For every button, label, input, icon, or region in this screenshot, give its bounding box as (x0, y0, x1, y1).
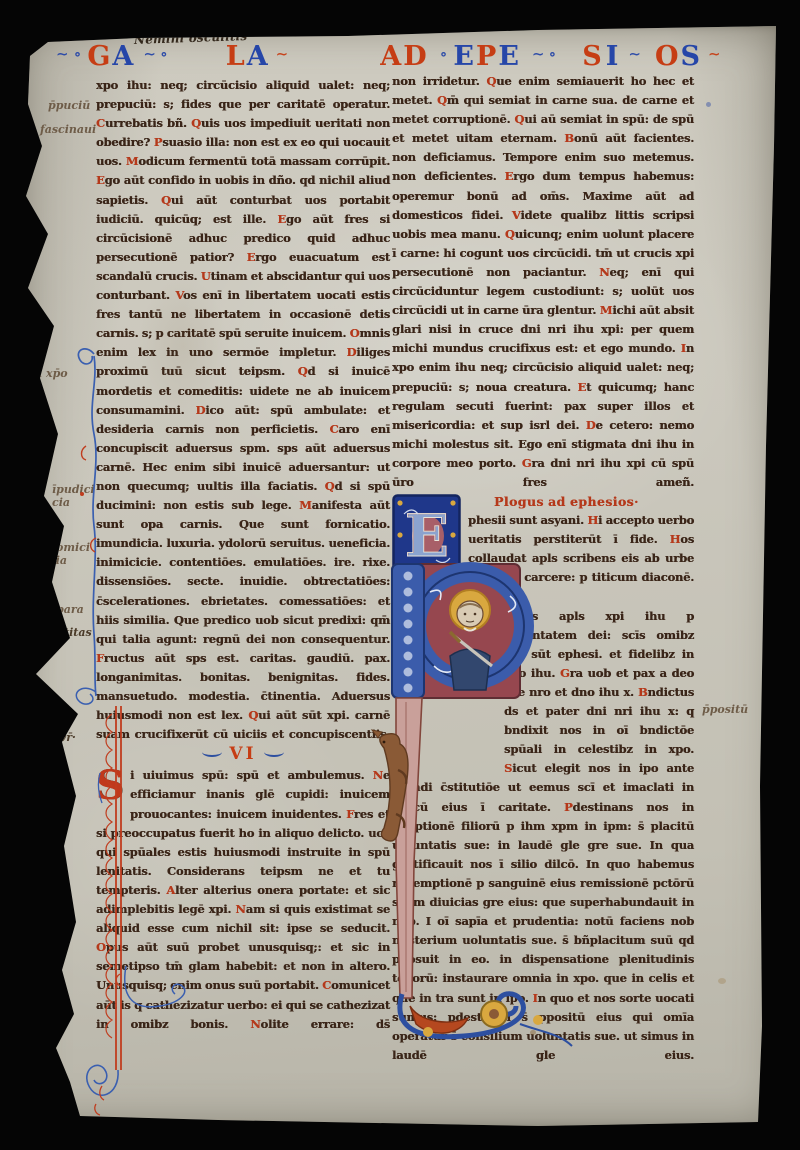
red-initial-or-rubric: Q (437, 93, 447, 107)
red-initial-or-rubric: Q (191, 116, 201, 130)
red-initial-or-rubric: D (586, 418, 596, 432)
red-initial-or-rubric: F (346, 807, 354, 821)
red-initial-or-rubric: N (250, 1017, 260, 1031)
header-letter: A (112, 42, 133, 72)
header-flourish: ∘ (548, 39, 556, 69)
penwork-initial-s: S (96, 767, 126, 807)
running-header: ∼∘GA∼∘LA∼AD∘EPE∼∘SI∼OS∼ (56, 42, 762, 75)
red-initial-or-rubric: O (350, 326, 360, 340)
margin-note: castitas (44, 627, 92, 640)
red-initial-or-rubric: C (322, 978, 331, 992)
red-initial-or-rubric: O (96, 940, 106, 954)
text-segment: i uiuimus spū: spū et ambulemus. (130, 768, 373, 782)
header-flourish: ∘ (440, 39, 448, 69)
text-segment: odicum fermentū totā massam corrūpit. (138, 154, 390, 168)
header-letter: S (681, 42, 701, 72)
margin-note: ī xp̄o (38, 368, 68, 381)
red-initial-or-rubric: S (504, 761, 512, 775)
red-initial-or-rubric: Plogus ad ephesios· (494, 494, 639, 509)
header-letter: P (476, 42, 496, 72)
red-initial-or-rubric: Q (514, 112, 524, 126)
header-flourish: ∼ (628, 39, 641, 69)
text-segment: phesii sunt asyani. (468, 513, 587, 527)
red-initial-or-rubric: A (166, 883, 175, 897)
header-letter: E (498, 42, 519, 72)
header-flourish: ∼ (708, 39, 721, 69)
body-paragraph: aulus apls xpi ihu p uoluntatem dei: scī… (392, 607, 694, 1065)
header-letter: L (226, 42, 245, 72)
header-letter: I (606, 42, 619, 72)
header-letter: O (655, 42, 679, 72)
margin-note: para (56, 604, 84, 617)
text-segment: olite errare: ds̄ (261, 1017, 391, 1031)
red-initial-or-rubric: F (96, 651, 104, 665)
body-paragraph: non irridetur. Que enim semiauerit ho he… (392, 72, 694, 492)
blue-wavy-line (78, 349, 96, 696)
text-column-left: xpo ihu: neq; circūcisio aliquid ualet: … (96, 76, 390, 1034)
red-initial-or-rubric: E (577, 380, 586, 394)
red-initial-or-rubric: B (564, 131, 574, 145)
text-segment: urrebatis bñ. (105, 116, 191, 130)
red-initial-or-rubric: U (201, 269, 211, 283)
red-initial-or-rubric: Q (505, 227, 515, 241)
header-letter: E (453, 42, 474, 72)
parchment-discoloration (138, 276, 228, 416)
brown-stain (718, 978, 726, 984)
rubric-line: E Plogus ad ephesios· (392, 492, 694, 511)
red-initial-or-rubric: N (235, 902, 245, 916)
text-segment: non irridetur. (392, 74, 486, 88)
red-initial-or-rubric: Q (298, 364, 308, 378)
text-segment: anifesta aūt sunt opa carnis. Que sunt f… (96, 498, 390, 646)
margin-note: ·vr̄· (56, 732, 76, 745)
red-initial-or-rubric: Epla· (392, 590, 424, 604)
red-initial-or-rubric: N (373, 768, 383, 782)
red-bottom-accents (95, 1086, 104, 1115)
header-flourish: ∼ (532, 39, 545, 69)
text-segment: destinans nos in adoptionē filiorū p ihm… (392, 800, 694, 1005)
margin-note: p̄positū (702, 704, 748, 717)
text-segment: xpo ihu: neq; circūcisio aliquid ualet: … (96, 78, 390, 111)
margin-note: fascinaui (40, 124, 96, 137)
initial-s-letter: S (96, 767, 124, 807)
red-initial-or-rubric: Q (325, 479, 335, 493)
red-initial-or-rubric: Q (248, 708, 258, 722)
red-initial-or-rubric: E (96, 173, 105, 187)
header-flourish: ∘ (74, 39, 82, 69)
chapter-number-text: VI (195, 744, 290, 764)
body-paragraph: S i uiuimus spū: spū et ambulemus. Ne ef… (96, 766, 390, 1033)
margin-note: homici dia (48, 542, 90, 567)
red-initial-or-rubric: E (277, 212, 286, 226)
red-initial-or-rubric: Q (161, 193, 171, 207)
brown-speck (530, 1030, 536, 1035)
red-initial-or-rubric: E (247, 250, 256, 264)
initial-e-letter: E (405, 502, 450, 570)
drop-cap-e: E (392, 494, 462, 576)
header-flourish: ∼ (56, 39, 69, 69)
drop-cap-p (392, 609, 498, 765)
red-initial-or-rubric: P (154, 135, 162, 149)
blue-ink-speck (706, 102, 711, 107)
red-initial-or-rubric: C (96, 116, 105, 130)
red-initial-or-rubric: P (564, 800, 572, 814)
red-initial-or-rubric: N (599, 265, 609, 279)
red-initial-or-rubric: D (346, 345, 356, 359)
red-initial-or-rubric: Q (486, 74, 496, 88)
illuminated-initial-e: E (392, 494, 462, 576)
header-letter: A (247, 42, 268, 72)
red-initial-or-rubric: H (670, 532, 681, 546)
chapter-numeral: VI (96, 745, 390, 765)
header-letter: A (380, 42, 401, 72)
drop-cap-s: S (96, 767, 126, 807)
text-column-right: non irridetur. Que enim semiauerit ho he… (392, 72, 694, 1065)
red-initial-or-rubric: G (560, 666, 570, 680)
margin-note: īpudici cia (52, 484, 95, 509)
red-initial-or-rubric: M (600, 303, 613, 317)
header-letter: S (582, 42, 602, 72)
red-initial-or-rubric: M (126, 154, 139, 168)
red-initial-or-rubric: M (299, 498, 312, 512)
header-letter: D (403, 42, 426, 72)
manuscript-leaf: ∼∘GA∼∘LA∼AD∘EPE∼∘SI∼OS∼ Nemini osculitis… (18, 26, 780, 1128)
red-initial-or-rubric: E (505, 169, 514, 183)
blue-bottom-loop (87, 1065, 118, 1095)
red-initial-or-rubric: G (522, 456, 532, 470)
blue-curl-top (76, 688, 96, 704)
body-paragraph: xpo ihu: neq; circūcisio aliquid ualet: … (96, 76, 390, 744)
header-flourish: ∼ (276, 39, 289, 69)
header-letter: G (87, 42, 110, 72)
red-initial-or-rubric: H (587, 513, 598, 527)
photo-background: { "palette":{ "background":"#050505","pa… (0, 0, 800, 1150)
margin-note: p̄puciū (48, 100, 90, 113)
